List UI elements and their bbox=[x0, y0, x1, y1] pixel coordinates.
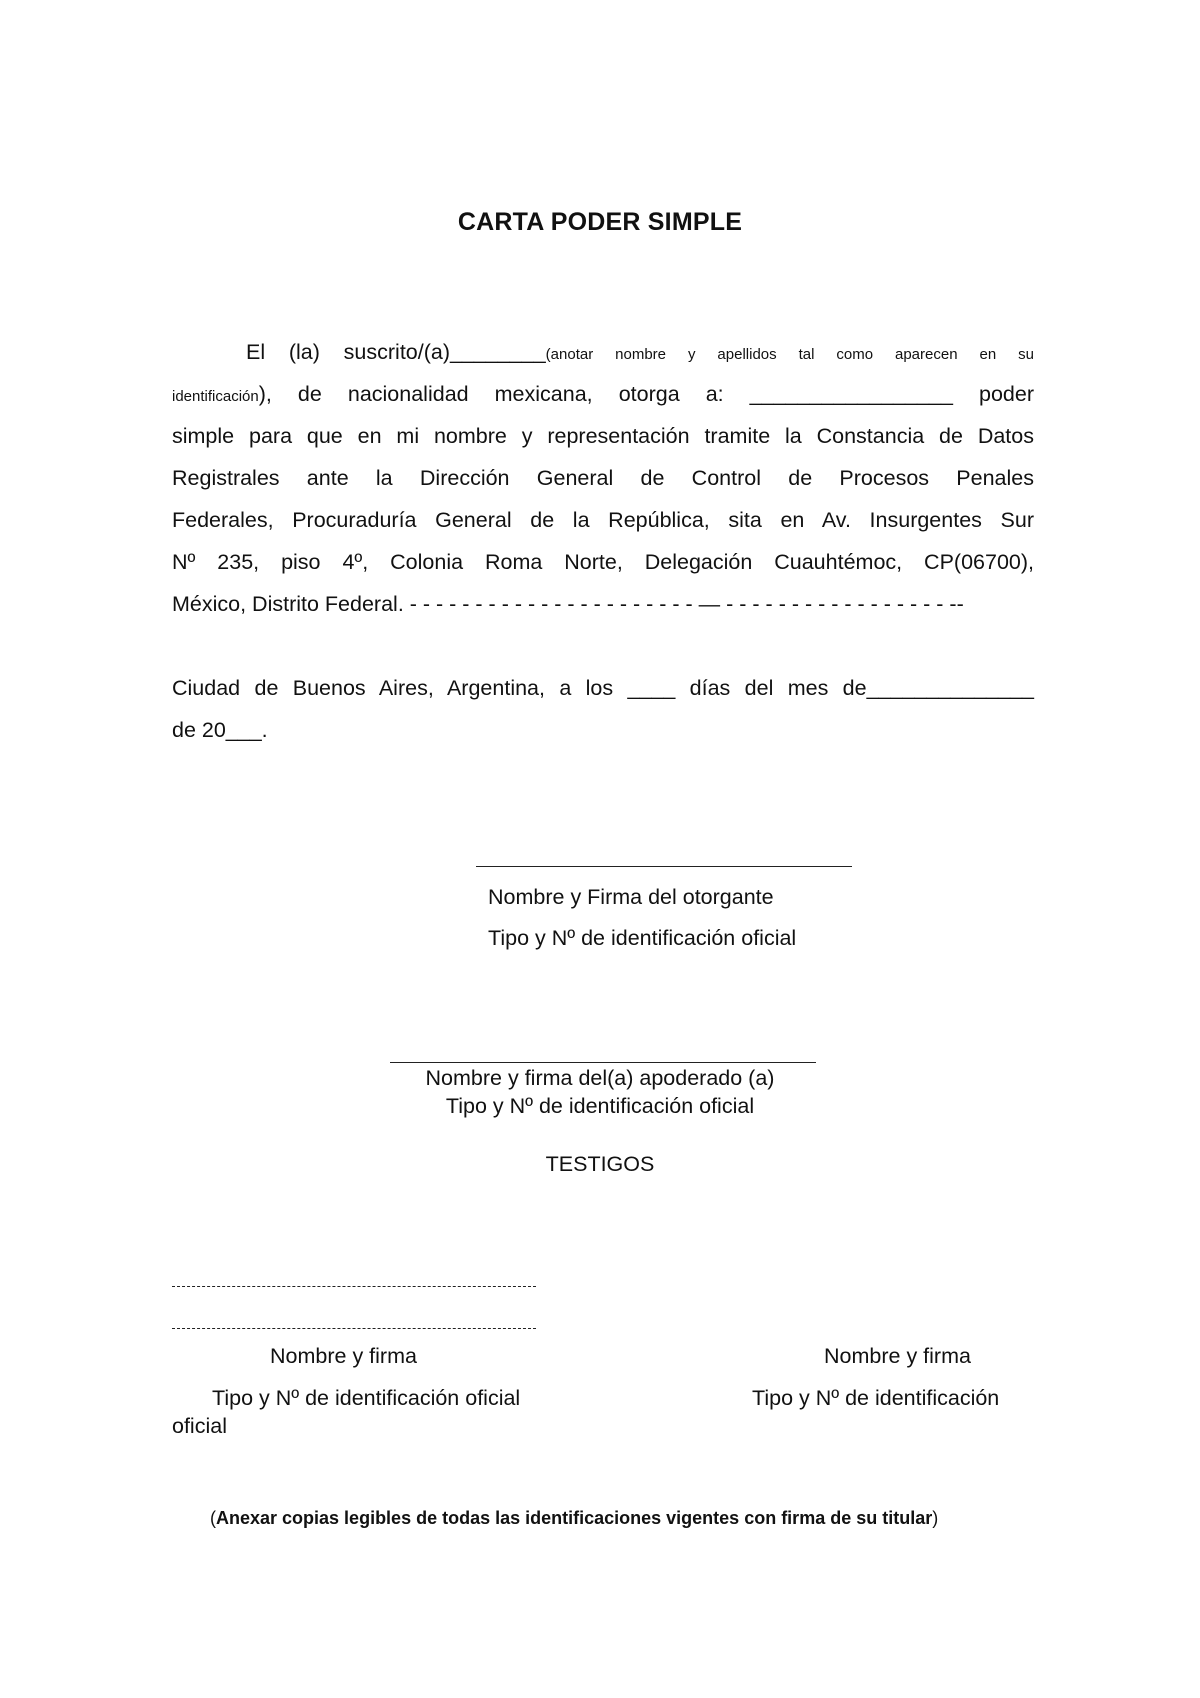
body-line-2: identificación), de nacionalidad mexican… bbox=[172, 382, 1034, 407]
body-line-7: México, Distrito Federal. - - - - - - - … bbox=[172, 592, 964, 617]
witness-2-signature-line bbox=[172, 1328, 536, 1329]
date-line: Ciudad de Buenos Aires, Argentina, a los… bbox=[172, 676, 1034, 701]
attorney-id-label: Tipo y Nº de identificación oficial bbox=[0, 1094, 1200, 1119]
grantor-name-label: Nombre y Firma del otorgante bbox=[488, 885, 774, 910]
grantor-id-label: Tipo y Nº de identificación oficial bbox=[488, 926, 796, 951]
body-line-5: Federales, Procuraduría General de la Re… bbox=[172, 508, 1034, 533]
attorney-signature-line bbox=[390, 1062, 816, 1063]
grantor-signature-line bbox=[476, 866, 852, 867]
witnesses-heading: TESTIGOS bbox=[0, 1152, 1200, 1177]
body-line-4: Registrales ante la Dirección General de… bbox=[172, 466, 1034, 491]
footer-note: (Anexar copias legibles de todas las ide… bbox=[210, 1508, 938, 1529]
body-line-3: simple para que en mi nombre y represent… bbox=[172, 424, 1034, 449]
document-title: CARTA PODER SIMPLE bbox=[0, 208, 1200, 237]
witness-left-id-label: Tipo y Nº de identificación oficial bbox=[212, 1386, 520, 1411]
witness-right-id-label: Tipo y Nº de identificación bbox=[752, 1386, 999, 1411]
witness-left-name-label: Nombre y firma bbox=[270, 1344, 417, 1369]
body-line-1: El (la) suscrito/(a)________(anotar nomb… bbox=[246, 340, 1034, 365]
witness-right-name-label: Nombre y firma bbox=[824, 1344, 971, 1369]
body-line-6: Nº 235, piso 4º, Colonia Roma Norte, Del… bbox=[172, 550, 1034, 575]
attorney-name-label: Nombre y firma del(a) apoderado (a) bbox=[0, 1066, 1200, 1091]
witness-1-signature-line bbox=[172, 1286, 536, 1287]
year-line: de 20___. bbox=[172, 718, 268, 743]
witness-left-id-wrap: oficial bbox=[172, 1414, 227, 1439]
